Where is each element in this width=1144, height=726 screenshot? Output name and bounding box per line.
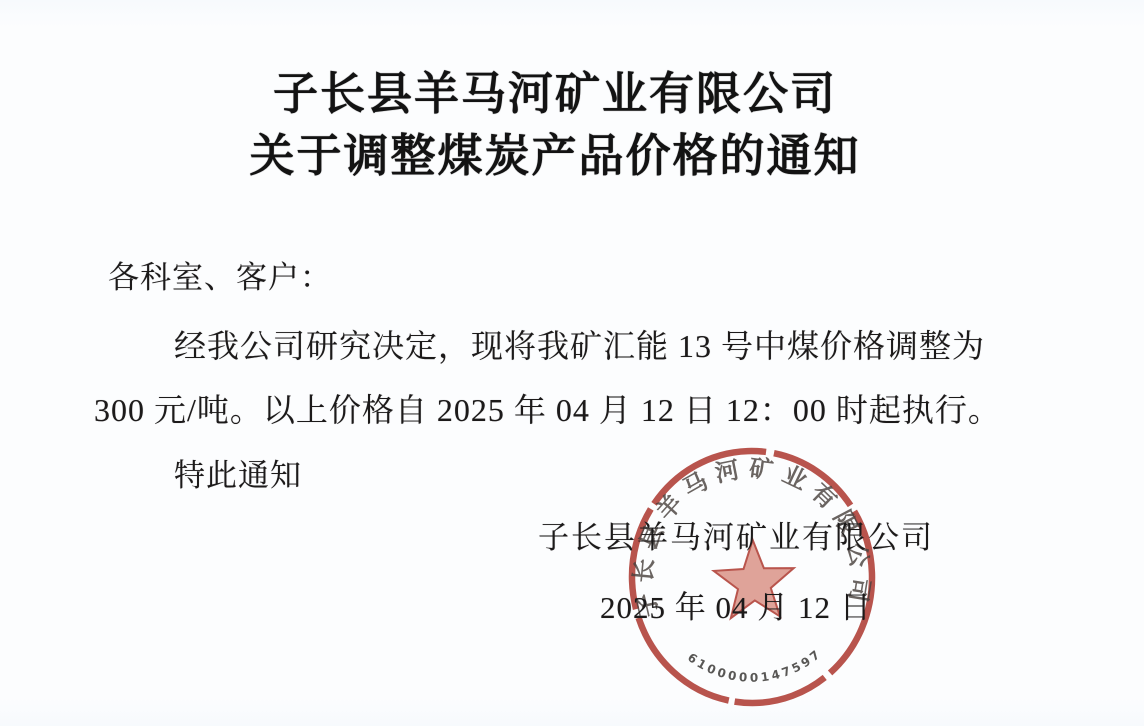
paragraph-line-1: 经我公司研究决定，现将我矿汇能 13 号中煤价格调整为 [174,330,985,362]
scanned-notice-document: 子长县羊马河矿业有限公司 关于调整煤炭产品价格的通知 各科室、客户： 经我公司研… [0,0,1144,726]
document-title-line-1: 子长县羊马河矿业有限公司 [0,72,1110,117]
svg-text:6100000147597: 6100000147597 [685,646,826,687]
signature-date: 2025 年 04 月 12 日 [600,592,872,623]
closing-text: 特此通知 [174,460,302,491]
signature-company: 子长县羊马河矿业有限公司 [538,522,934,553]
company-seal: 子长县羊马河矿业有限公司 6100000147597 [621,440,882,715]
salutation-text: 各科室、客户： [108,262,332,293]
document-title-line-2: 关于调整煤炭产品价格的通知 [0,134,1110,179]
paragraph-line-2: 300 元/吨。以上价格自 2025 年 04 月 12 日 12：00 时起执… [94,394,1001,426]
seal-serial-number: 6100000147597 [685,646,826,687]
